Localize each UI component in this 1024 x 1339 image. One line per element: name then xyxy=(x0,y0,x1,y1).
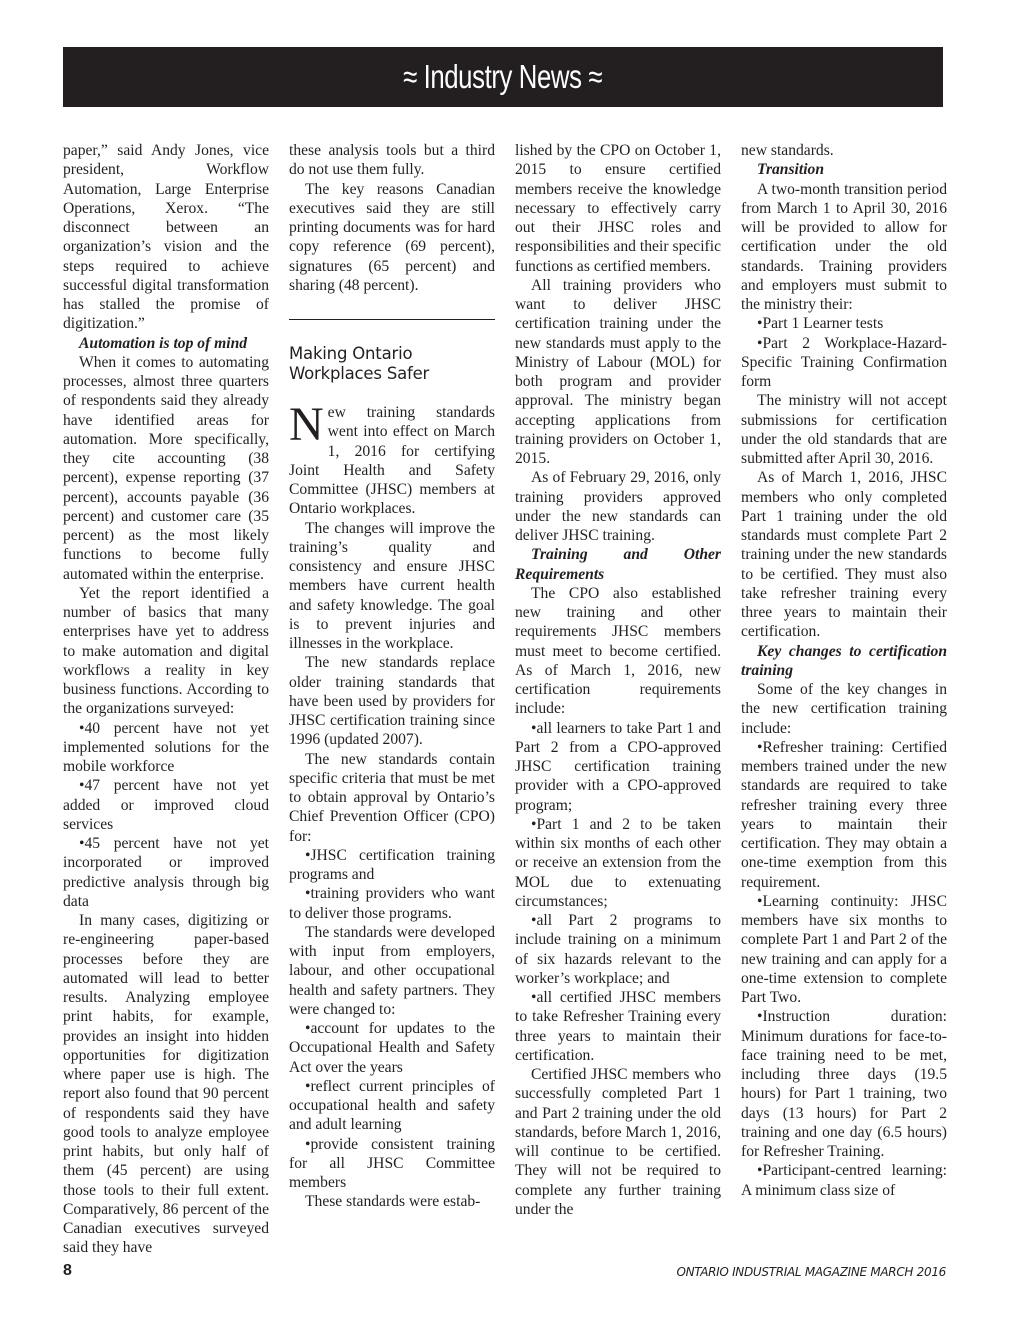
page-number: 8 xyxy=(63,1262,72,1280)
paragraph: lished by the CPO on October 1, 2015 to … xyxy=(515,141,721,276)
subheading: Automation is top of mind xyxy=(63,334,269,353)
paragraph: A two-month transition period from March… xyxy=(741,180,947,315)
paragraph: these analysis tools but a third do not … xyxy=(289,141,495,180)
subheading: Training and Other Requirements xyxy=(515,545,721,584)
paragraph: Some of the key changes in the new certi… xyxy=(741,680,947,738)
bullet-item: •Participant-centred learning: A minimum… xyxy=(741,1161,947,1200)
bullet-item: •training providers who want to deliver … xyxy=(289,884,495,923)
bullet-item: •account for updates to the Occupational… xyxy=(289,1019,495,1077)
paragraph: All training providers who want to deliv… xyxy=(515,276,721,469)
article-headline: Making Ontario Workplaces Safer xyxy=(289,344,495,384)
bullet-item: •all certified JHSC members to take Refr… xyxy=(515,988,721,1065)
subheading: Transition xyxy=(741,160,947,179)
section-banner: ≈ Industry News ≈ xyxy=(63,47,943,107)
paragraph: In many cases, digitizing or re-engineer… xyxy=(63,911,269,1258)
bullet-item: •provide consistent training for all JHS… xyxy=(289,1135,495,1193)
article-column-1: paper,” said Andy Jones, vice president,… xyxy=(63,141,269,1258)
paragraph: new standards. xyxy=(741,141,947,160)
paragraph: The new standards contain specific crite… xyxy=(289,750,495,846)
bullet-item: •Learning continuity: JHSC members have … xyxy=(741,892,947,1008)
lead-paragraph: New training standards went into effect … xyxy=(289,403,495,519)
bullet-item: •Instruction duration: Minimum durations… xyxy=(741,1007,947,1161)
drop-cap: N xyxy=(289,406,324,444)
paragraph: The changes will improve the training’s … xyxy=(289,519,495,654)
article-column-4: new standards. Transition A two-month tr… xyxy=(741,141,947,1200)
bullet-item: •Part 1 Learner tests xyxy=(741,314,947,333)
section-title: ≈ Industry News ≈ xyxy=(403,58,602,96)
bullet-item: •Part 1 and 2 to be taken within six mon… xyxy=(515,815,721,911)
subheading: Key changes to certification training xyxy=(741,642,947,681)
article-column-3: lished by the CPO on October 1, 2015 to … xyxy=(515,141,721,1219)
bullet-item: •40 percent have not yet implemented sol… xyxy=(63,719,269,777)
paragraph: paper,” said Andy Jones, vice president,… xyxy=(63,141,269,334)
paragraph: Certified JHSC members who successfully … xyxy=(515,1065,721,1219)
paragraph: The new standards replace older training… xyxy=(289,653,495,749)
bullet-item: •reflect current principles of occupatio… xyxy=(289,1077,495,1135)
bullet-item: •45 percent have not yet incorporated or… xyxy=(63,834,269,911)
paragraph: As of March 1, 2016, JHSC members who on… xyxy=(741,468,947,641)
bullet-item: •47 percent have not yet added or improv… xyxy=(63,776,269,834)
bullet-item: •Refresher training: Certified members t… xyxy=(741,738,947,892)
paragraph: The CPO also established new training an… xyxy=(515,584,721,719)
publication-footer: ONTARIO INDUSTRIAL MAGAZINE MARCH 2016 xyxy=(676,1265,946,1279)
bullet-item: •JHSC certification training programs an… xyxy=(289,846,495,885)
bullet-item: •Part 2 Workplace-Hazard-Specific Traini… xyxy=(741,334,947,392)
article-divider xyxy=(289,319,495,320)
paragraph: The standards were developed with input … xyxy=(289,923,495,1019)
paragraph: As of February 29, 2016, only training p… xyxy=(515,468,721,545)
paragraph: When it comes to automating processes, a… xyxy=(63,353,269,584)
bullet-item: •all learners to take Part 1 and Part 2 … xyxy=(515,719,721,815)
article-column-2: these analysis tools but a third do not … xyxy=(289,141,495,1212)
paragraph: The ministry will not accept submissions… xyxy=(741,391,947,468)
paragraph: These standards were estab- xyxy=(289,1192,495,1211)
paragraph: The key reasons Canadian executives said… xyxy=(289,180,495,296)
bullet-item: •all Part 2 programs to include training… xyxy=(515,911,721,988)
paragraph: Yet the report identified a number of ba… xyxy=(63,584,269,719)
